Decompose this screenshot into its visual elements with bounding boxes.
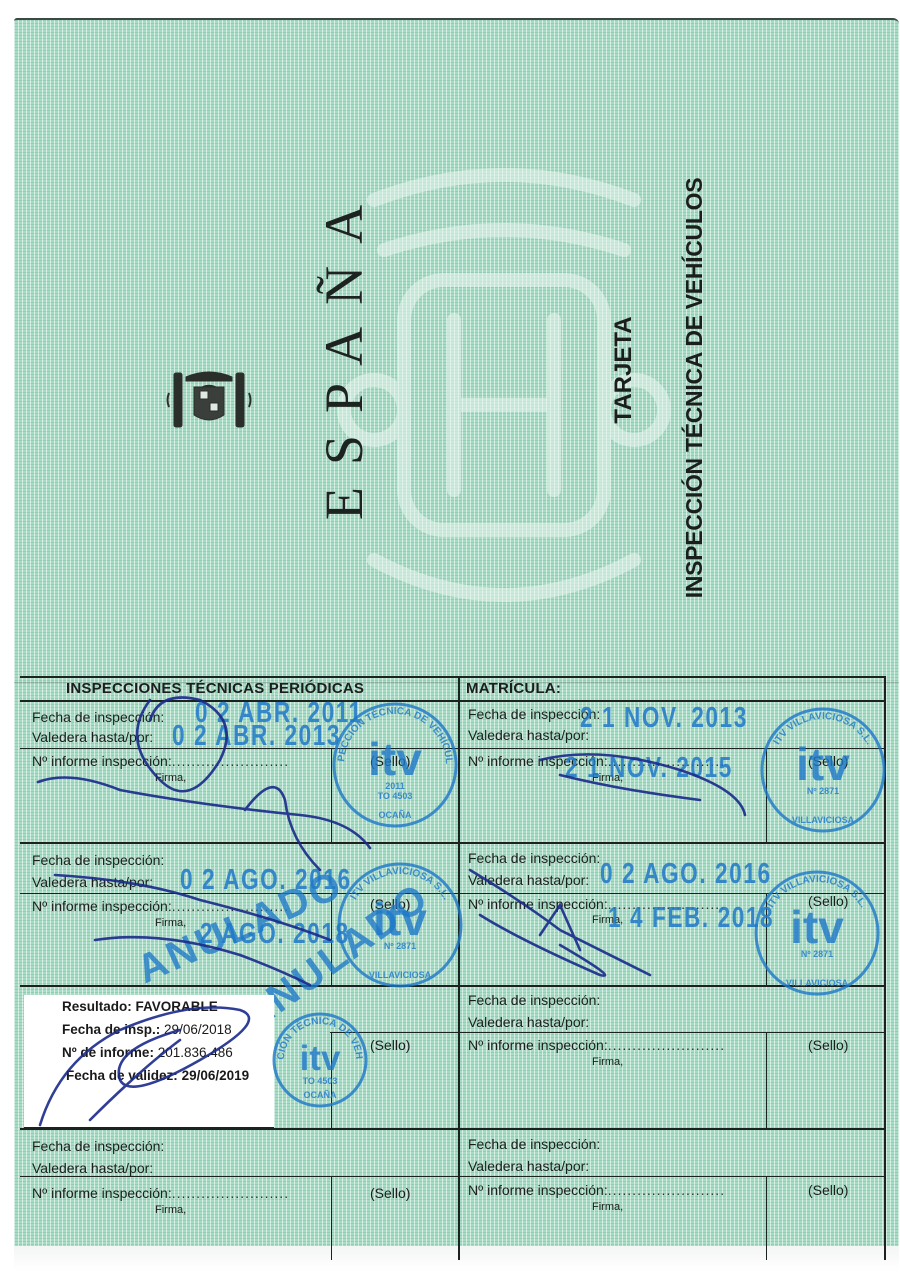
- row-rule: [20, 1176, 886, 1177]
- row-rule: [20, 842, 886, 844]
- svg-text:itv: itv: [790, 901, 844, 953]
- itv-seal-stamp: ITV VILLAVICIOSA S.L.itvNº 2871VILLAVICI…: [758, 705, 888, 835]
- firma-label: Firma,: [592, 1201, 623, 1213]
- firma-label: Firma,: [155, 772, 186, 784]
- report-date-stamp: 1 4 FEB. 2018: [608, 902, 774, 935]
- svg-text:2011: 2011: [385, 781, 405, 791]
- plate-number-header: MATRÍCULA:: [466, 680, 561, 697]
- valedera-label: Valedera hasta/por:: [468, 872, 589, 888]
- fecha-label: Fecha de inspección:: [32, 709, 164, 725]
- valedera-label: Valedera hasta/por:: [32, 729, 153, 745]
- informe-label: Nº informe inspección:..................…: [468, 1182, 725, 1198]
- itv-seal-stamp: INSPECCIÓN TÉCNICA DE VEHÍCULOSitv2011TO…: [330, 700, 460, 830]
- fecha-label: Fecha de inspección:: [468, 992, 600, 1008]
- informe-label: Nº informe inspección:..................…: [468, 1037, 725, 1053]
- informe-label: Nº informe inspección:..................…: [32, 753, 289, 769]
- svg-text:Nº 2871: Nº 2871: [807, 786, 839, 796]
- firma-label: Firma,: [155, 917, 186, 929]
- valid-until-stamp: 0 2 ABR. 2013: [172, 720, 341, 753]
- inspection-result-sticker: Resultado: FAVORABLE Fecha de insp.: 29/…: [24, 995, 274, 1128]
- sello-divider: [331, 1176, 332, 1260]
- sello-label: (Sello): [370, 1185, 410, 1201]
- country-name: ESPAÑA: [314, 220, 374, 520]
- sello-divider: [766, 1032, 767, 1128]
- fecha-label: Fecha de inspección:: [468, 850, 600, 866]
- informe-label: Nº informe inspección:..................…: [32, 1185, 289, 1201]
- sticker-inspection-date: Fecha de insp.: 29/06/2018: [62, 1022, 232, 1037]
- sello-divider: [766, 1176, 767, 1260]
- svg-text:itv: itv: [373, 893, 427, 945]
- svg-text:VILLAVICIOSA: VILLAVICIOSA: [369, 970, 432, 980]
- sello-label: (Sello): [370, 1037, 410, 1053]
- fecha-label: Fecha de inspección:: [468, 1136, 600, 1152]
- valedera-label: Valedera hasta/por:: [468, 1014, 589, 1030]
- svg-text:TO 4503: TO 4503: [378, 791, 413, 801]
- row-rule: [20, 1128, 886, 1130]
- svg-text:itv: itv: [300, 1039, 341, 1078]
- table-top-rule: [20, 676, 886, 678]
- svg-text:VILLAVICIOSA: VILLAVICIOSA: [792, 815, 855, 825]
- svg-text:TO 4503: TO 4503: [303, 1076, 338, 1086]
- sticker-valid-until: Fecha de validez: 29/06/2019: [66, 1068, 249, 1083]
- itv-seal-stamp: ITV VILLAVICIOSA S.L.itvNº 2871VILLAVICI…: [752, 868, 882, 998]
- sello-label: (Sello): [808, 1037, 848, 1053]
- valedera-label: Valedera hasta/por:: [468, 727, 589, 743]
- sticker-report-number: Nº de informe: 201.836.486: [62, 1045, 233, 1060]
- firma-label: Firma,: [155, 1204, 186, 1216]
- row-rule: [330, 1032, 886, 1033]
- itv-seal-stamp: ITV VILLAVICIOSA S.L.itvNº 2871VILLAVICI…: [335, 860, 465, 990]
- svg-text:OCAÑA: OCAÑA: [304, 1090, 337, 1100]
- valedera-label: Valedera hasta/por:: [32, 1160, 153, 1176]
- svg-text:Nº 2871: Nº 2871: [384, 941, 416, 951]
- valedera-label: Valedera hasta/por:: [468, 1158, 589, 1174]
- svg-text:Nº 2871: Nº 2871: [801, 949, 833, 959]
- svg-text:OCAÑA: OCAÑA: [379, 810, 412, 820]
- card-title: TARJETA: [604, 260, 644, 480]
- firma-label: Firma,: [592, 1056, 623, 1068]
- sello-label: (Sello): [808, 1182, 848, 1198]
- periodic-inspections-header: INSPECCIONES TÉCNICAS PERIÓDICAS: [66, 680, 364, 697]
- spain-coat-of-arms-icon: [164, 365, 254, 435]
- sticker-result: Resultado: FAVORABLE: [62, 999, 218, 1014]
- svg-text:itv: itv: [368, 733, 422, 785]
- valid-until-stamp: 0 2 AGO. 2016: [600, 858, 772, 891]
- svg-text:VILLAVICIOSA: VILLAVICIOSA: [786, 978, 849, 988]
- itv-seal-stamp: INSPECCIÓN TÉCNICA DE VEHÍCULOSitvTO 450…: [270, 1000, 370, 1120]
- inspection-date-stamp: 2 1 NOV. 2013: [580, 702, 748, 735]
- card-subtitle: INSPECCIÓN TÉCNICA DE VEHÍCULOS: [676, 153, 712, 623]
- fecha-label: Fecha de inspección:: [32, 1138, 164, 1154]
- valid-until-stamp: 2 1 NOV. 2015: [565, 752, 733, 785]
- valedera-label: Valedera hasta/por:: [32, 874, 153, 890]
- svg-text:itv: itv: [796, 738, 850, 790]
- fecha-label: Fecha de inspección:: [32, 852, 164, 868]
